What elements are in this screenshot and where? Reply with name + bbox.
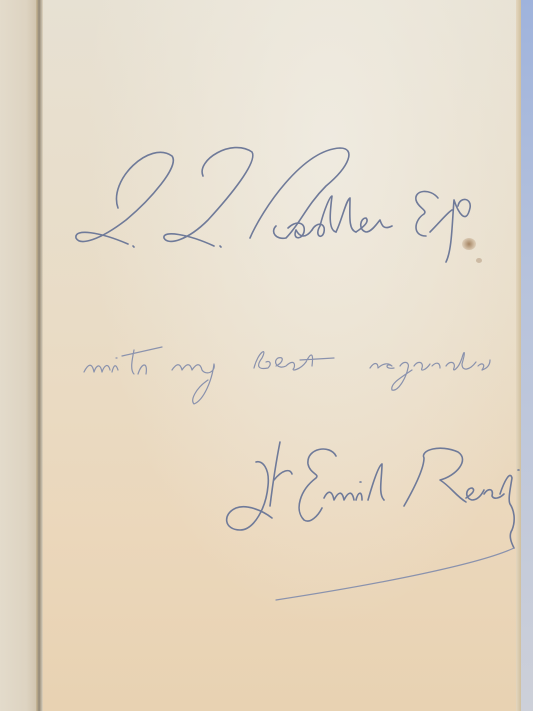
recipient-handwriting (76, 148, 470, 262)
book-inscription-photo: L. L. Sadler Esq with my best regards Dr… (0, 0, 533, 711)
message-handwriting (84, 347, 490, 404)
signature-handwriting (227, 442, 519, 600)
handwriting-strokes (0, 0, 533, 711)
